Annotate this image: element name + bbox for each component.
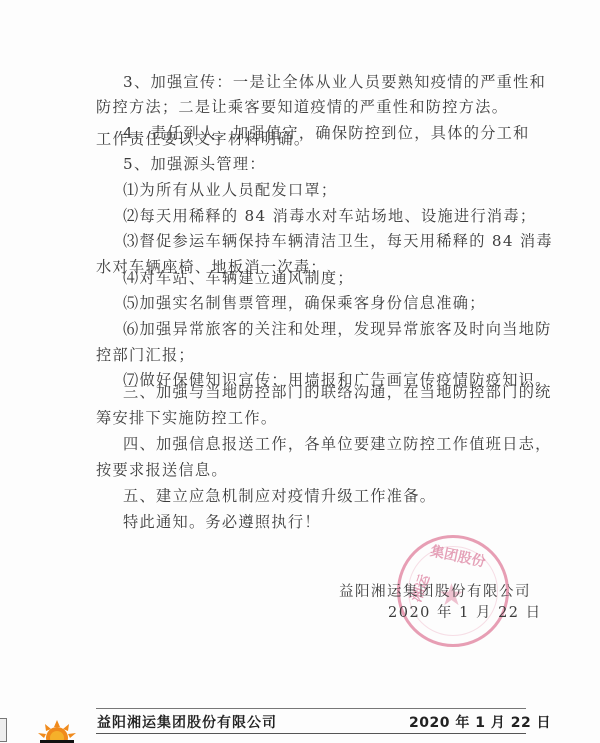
paragraph-line: 特此通知。务必遵照执行！	[123, 512, 321, 532]
signature-company: 益阳湘运集团股份有限公司	[339, 580, 531, 601]
footer-bottom-rule	[96, 733, 526, 734]
paragraph-line: ⑴为所有从业人员配发口罩；	[123, 180, 337, 200]
paragraph-line: ⑷对车站、车辆建立通风制度；	[123, 268, 354, 288]
page-edge-icon	[0, 718, 7, 742]
paragraph-line: 五、建立应急机制应对疫情升级工作准备。	[123, 486, 436, 506]
paragraph-line: ⑶督促参运车辆保持车辆清洁卫生，每天用稀释的 84 消毒	[123, 231, 553, 251]
paragraph-line: 三、加强与当地防控部门的联络沟通，在当地防控部门的统	[123, 382, 552, 402]
paragraph-line: 5、加强源头管理：	[123, 154, 266, 174]
document-page: 3、加强宣传：一是让全体从业人员要熟知疫情的严重性和 防控方法；二是让乘客要知道…	[0, 0, 600, 743]
footer-company: 益阳湘运集团股份有限公司	[97, 712, 277, 732]
paragraph-line: 按要求报送信息。	[96, 460, 228, 480]
footer-top-rule	[96, 708, 526, 709]
paragraph-line: ⑵每天用稀释的 84 消毒水对车站场地、设施进行消毒；	[123, 206, 536, 226]
footer-date: 2020 年 1 月 22 日	[409, 712, 551, 732]
paragraph-line: 防控方法；二是让乘客要知道疫情的严重性和防控方法。	[96, 97, 508, 117]
signature-date: 2020 年 1 月 22 日	[388, 601, 542, 622]
paragraph-line: 控部门汇报；	[96, 345, 195, 365]
paragraph-line: 四、加强信息报送工作，各单位要建立防控工作值班日志，	[123, 434, 552, 454]
sun-logo-icon	[36, 720, 78, 743]
paragraph-line: 工作责任要以文字材料明确。	[96, 129, 310, 149]
paragraph-line: 筹安排下实施防控工作。	[96, 408, 277, 428]
paragraph-line: 3、加强宣传：一是让全体从业人员要熟知疫情的严重性和	[123, 72, 546, 92]
paragraph-line: ⑹加强异常旅客的关注和处理，发现异常旅客及时向当地防	[123, 319, 552, 339]
paragraph-line: ⑸加强实名制售票管理，确保乘客身份信息准确；	[123, 293, 486, 313]
